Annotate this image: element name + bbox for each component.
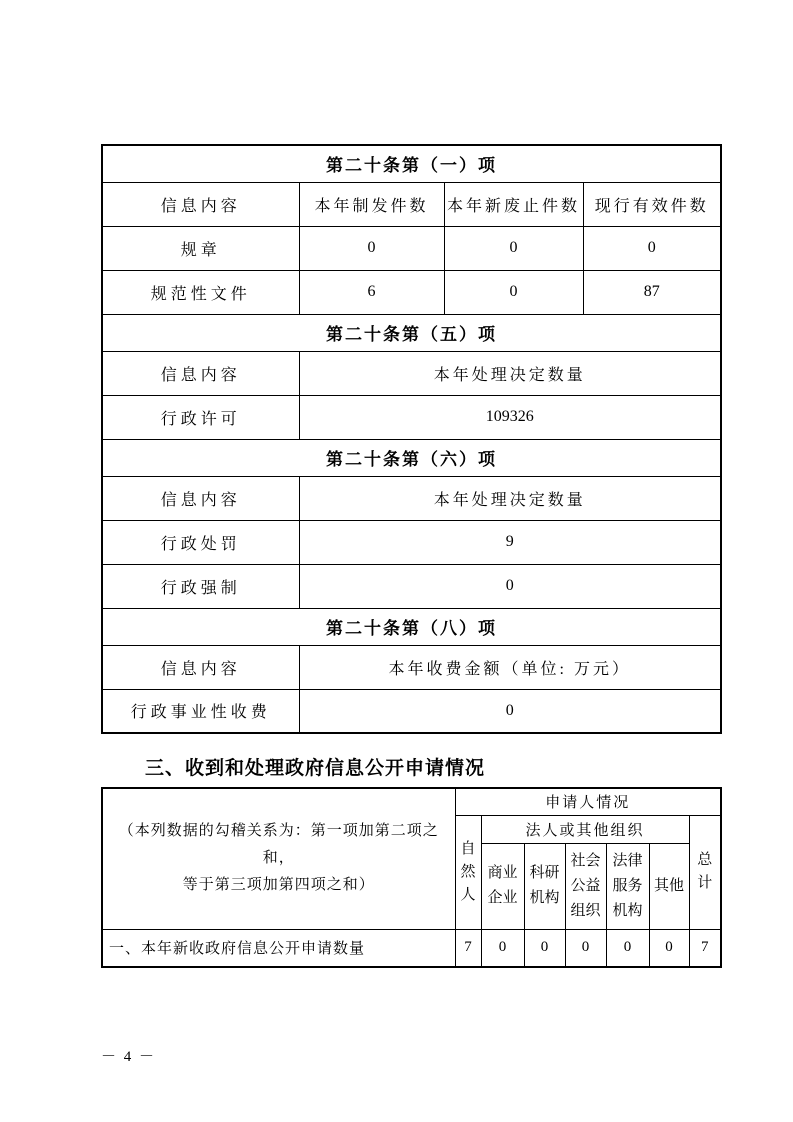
row-label: 规范性文件: [102, 270, 299, 314]
table-row: 规章 0 0 0: [102, 226, 721, 270]
row-label: 规章: [102, 226, 299, 270]
table-header-row: 信息内容 本年收费金额（单位: 万元）: [102, 645, 721, 689]
column-header: 信息内容: [102, 476, 299, 520]
cell-value: 7: [689, 929, 721, 967]
section-heading: 三、收到和处理政府信息公开申请情况: [145, 753, 485, 780]
note-cell: （本列数据的勾稽关系为：第一项加第二项之和， 等于第三项加第四项之和）: [102, 788, 455, 929]
cell-value: 7: [455, 929, 481, 967]
column-header-natural-person: 自然人: [455, 815, 481, 929]
table-header-row: 信息内容 本年制发件数 本年新废止件数 现行有效件数: [102, 182, 721, 226]
section-title-row: 第二十条第（一）项: [102, 145, 721, 182]
cell-value: 0: [299, 689, 721, 733]
row-label: 行政强制: [102, 564, 299, 608]
applicant-header-row: （本列数据的勾稽关系为：第一项加第二项之和， 等于第三项加第四项之和） 申请人情…: [102, 788, 721, 815]
row-label: 行政事业性收费: [102, 689, 299, 733]
applicant-status-header: 申请人情况: [455, 788, 721, 815]
section-title-row: 第二十条第（六）项: [102, 439, 721, 476]
cell-value: 0: [444, 226, 583, 270]
table-row: 一、本年新收政府信息公开申请数量 7 0 0 0 0 0 7: [102, 929, 721, 967]
cell-value: 0: [606, 929, 649, 967]
table-row: 行政强制 0: [102, 564, 721, 608]
section-title-row: 第二十条第（五）项: [102, 314, 721, 351]
application-table: （本列数据的勾稽关系为：第一项加第二项之和， 等于第三项加第四项之和） 申请人情…: [101, 787, 722, 968]
section-title: 第二十条第（六）项: [102, 439, 721, 476]
column-header: 本年处理决定数量: [299, 476, 721, 520]
cell-value: 0: [583, 226, 721, 270]
section-title: 第二十条第（八）项: [102, 608, 721, 645]
legal-group-header: 法人或其他组织: [481, 815, 689, 843]
column-header-social-welfare: 社会公益组织: [565, 843, 606, 929]
table-row: 行政处罚 9: [102, 520, 721, 564]
cell-value: 0: [481, 929, 524, 967]
cell-value: 0: [444, 270, 583, 314]
section-title: 第二十条第（五）项: [102, 314, 721, 351]
note-line: 等于第三项加第四项之和）: [105, 872, 453, 899]
note-line: （本列数据的勾稽关系为：第一项加第二项之和，: [105, 818, 453, 872]
cell-value: 9: [299, 520, 721, 564]
cell-value: 0: [649, 929, 689, 967]
row-label: 行政许可: [102, 395, 299, 439]
cell-value: 0: [299, 564, 721, 608]
column-header-total: 总计: [689, 815, 721, 929]
table-row: 行政事业性收费 0: [102, 689, 721, 733]
column-header: 现行有效件数: [583, 182, 721, 226]
row-label: 行政处罚: [102, 520, 299, 564]
column-header: 本年处理决定数量: [299, 351, 721, 395]
cell-value: 87: [583, 270, 721, 314]
table-header-row: 信息内容 本年处理决定数量: [102, 351, 721, 395]
row-label: 一、本年新收政府信息公开申请数量: [102, 929, 455, 967]
table-row: 行政许可 109326: [102, 395, 721, 439]
column-header: 信息内容: [102, 182, 299, 226]
column-header-legal-service: 法律服务机构: [606, 843, 649, 929]
cell-value: 0: [299, 226, 444, 270]
cell-value: 109326: [299, 395, 721, 439]
table-row: 规范性文件 6 0 87: [102, 270, 721, 314]
column-header-research: 科研机构: [524, 843, 565, 929]
column-header: 信息内容: [102, 645, 299, 689]
section-title: 第二十条第（一）项: [102, 145, 721, 182]
table-header-row: 信息内容 本年处理决定数量: [102, 476, 721, 520]
column-header: 本年收费金额（单位: 万元）: [299, 645, 721, 689]
document-page: { "document": { "section_heading": "三、收到…: [0, 0, 793, 1122]
cell-value: 0: [565, 929, 606, 967]
column-header-business: 商业企业: [481, 843, 524, 929]
column-header: 本年制发件数: [299, 182, 444, 226]
column-header: 信息内容: [102, 351, 299, 395]
section-title-row: 第二十条第（八）项: [102, 608, 721, 645]
page-number: － 4 －: [101, 1045, 156, 1066]
column-header: 本年新废止件数: [444, 182, 583, 226]
article-20-table: 第二十条第（一）项 信息内容 本年制发件数 本年新废止件数 现行有效件数 规章 …: [101, 144, 722, 734]
cell-value: 6: [299, 270, 444, 314]
cell-value: 0: [524, 929, 565, 967]
column-header-other: 其他: [649, 843, 689, 929]
